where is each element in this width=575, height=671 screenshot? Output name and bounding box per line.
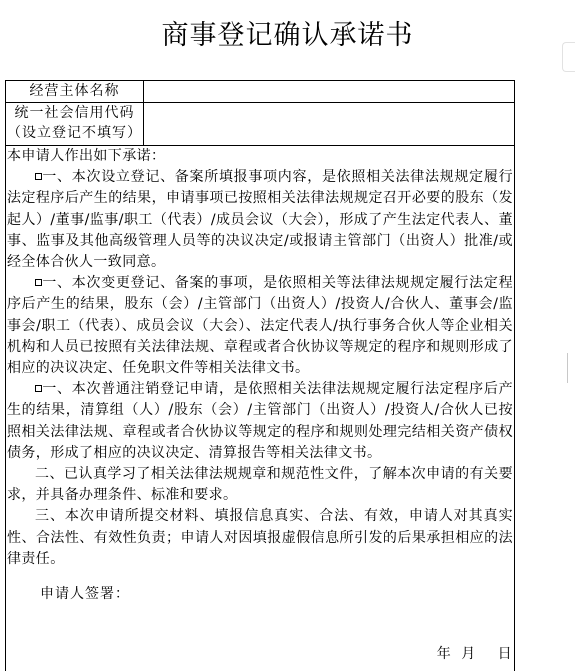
signature-label: 申请人签署： [40,584,130,605]
document-title: 商事登记确认承诺书 [0,18,575,54]
date-month: 月 [461,644,475,665]
commitment-item-3: 三、本次申请所提交材料、填报信息真实、合法、有效，申请人对其真实性、合法性、有效… [7,506,513,570]
change-checkbox[interactable] [35,279,42,286]
option-change: 一、本次变更登记、备案的事项，是依照相关等法律法规规定履行法定程序后产生的结果，… [7,273,513,379]
scrollbar-thumb[interactable] [567,353,568,383]
date-day: 日 [498,644,512,665]
option-establishment-text: 一、本次设立登记、备案所填报事项内容，是依照相关法律法规规定履行法定程序后产生的… [7,169,513,270]
commitment-item-2: 二、已认真学习了相关法律法规规章和规范性文件，了解本次申请的有关要求，并具备办理… [7,464,513,506]
option-establishment: 一、本次设立登记、备案所填报事项内容，是依照相关法律法规规定履行法定程序后产生的… [7,167,513,273]
credit-code-row: 统一社会信用代码 （设立登记不填写） [6,103,514,146]
commitment-body: 本申请人作出如下承诺： 一、本次设立登记、备案所填报事项内容，是依照相关法律法规… [6,146,514,671]
signature-date: 年月日 [437,644,512,665]
entity-name-field[interactable] [144,81,514,102]
entity-name-row: 经营主体名称 [6,81,514,103]
option-deregistration: 一、本次普通注销登记申请，是依照相关法律法规规定履行法定程序后产生的结果，清算组… [7,379,513,464]
date-year: 年 [437,644,451,665]
credit-code-label: 统一社会信用代码 （设立登记不填写） [6,103,144,145]
option-change-text: 一、本次变更登记、备案的事项，是依照相关等法律法规规定履行法定程序后产生的结果，… [7,275,513,376]
establishment-checkbox[interactable] [35,173,42,180]
deregistration-checkbox[interactable] [35,385,42,392]
commitment-text: 本申请人作出如下承诺： 一、本次设立登记、备案所填报事项内容，是依照相关法律法规… [6,146,514,570]
option-deregistration-text: 一、本次普通注销登记申请，是依照相关法律法规规定履行法定程序后产生的结果，清算组… [7,381,513,461]
commitment-form: 经营主体名称 统一社会信用代码 （设立登记不填写） 本申请人作出如下承诺： 一、… [5,80,515,671]
commitment-intro: 本申请人作出如下承诺： [7,146,513,167]
side-tab-edge [562,42,575,72]
credit-code-label-line2: （设立登记不填写） [6,123,143,143]
credit-code-field[interactable] [144,103,514,145]
credit-code-label-line1: 统一社会信用代码 [6,103,143,123]
entity-name-label: 经营主体名称 [6,81,144,102]
